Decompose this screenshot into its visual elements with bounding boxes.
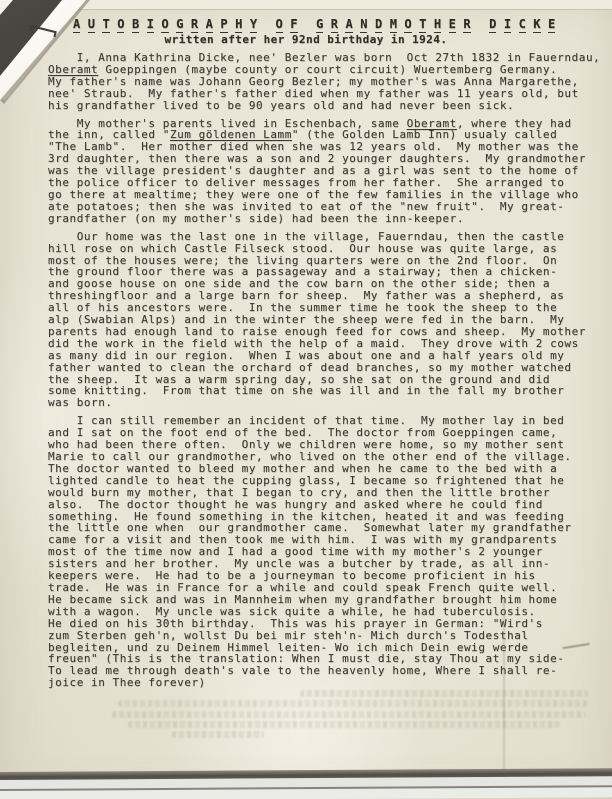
paragraph: I can still remember an incident of that… [48,415,593,689]
ghost-text-line [118,700,588,707]
paragraph: I, Anna Kathrina Dicke, nee' Bezler was … [48,52,593,112]
paragraph: Our home was the last one in the village… [48,231,593,410]
paper-crease [503,598,505,776]
ghost-text-line [300,690,588,697]
ghost-text-line [112,711,586,718]
paragraph: My mother's parents lived in Eschenbach,… [48,118,593,225]
document-title: AUTOBIOGRAPHYOFGRANDMOTHERDICKE [73,13,563,33]
ghost-text-line [128,721,560,728]
document-body: I, Anna Kathrina Dicke, nee' Bezler was … [48,52,593,695]
document-subtitle: written after her 92nd birthday in 1924. [0,33,612,46]
ghost-text-line [172,731,264,738]
page-top-edge [0,0,612,10]
scanned-page: AUTOBIOGRAPHYOFGRANDMOTHERDICKE written … [0,0,612,799]
